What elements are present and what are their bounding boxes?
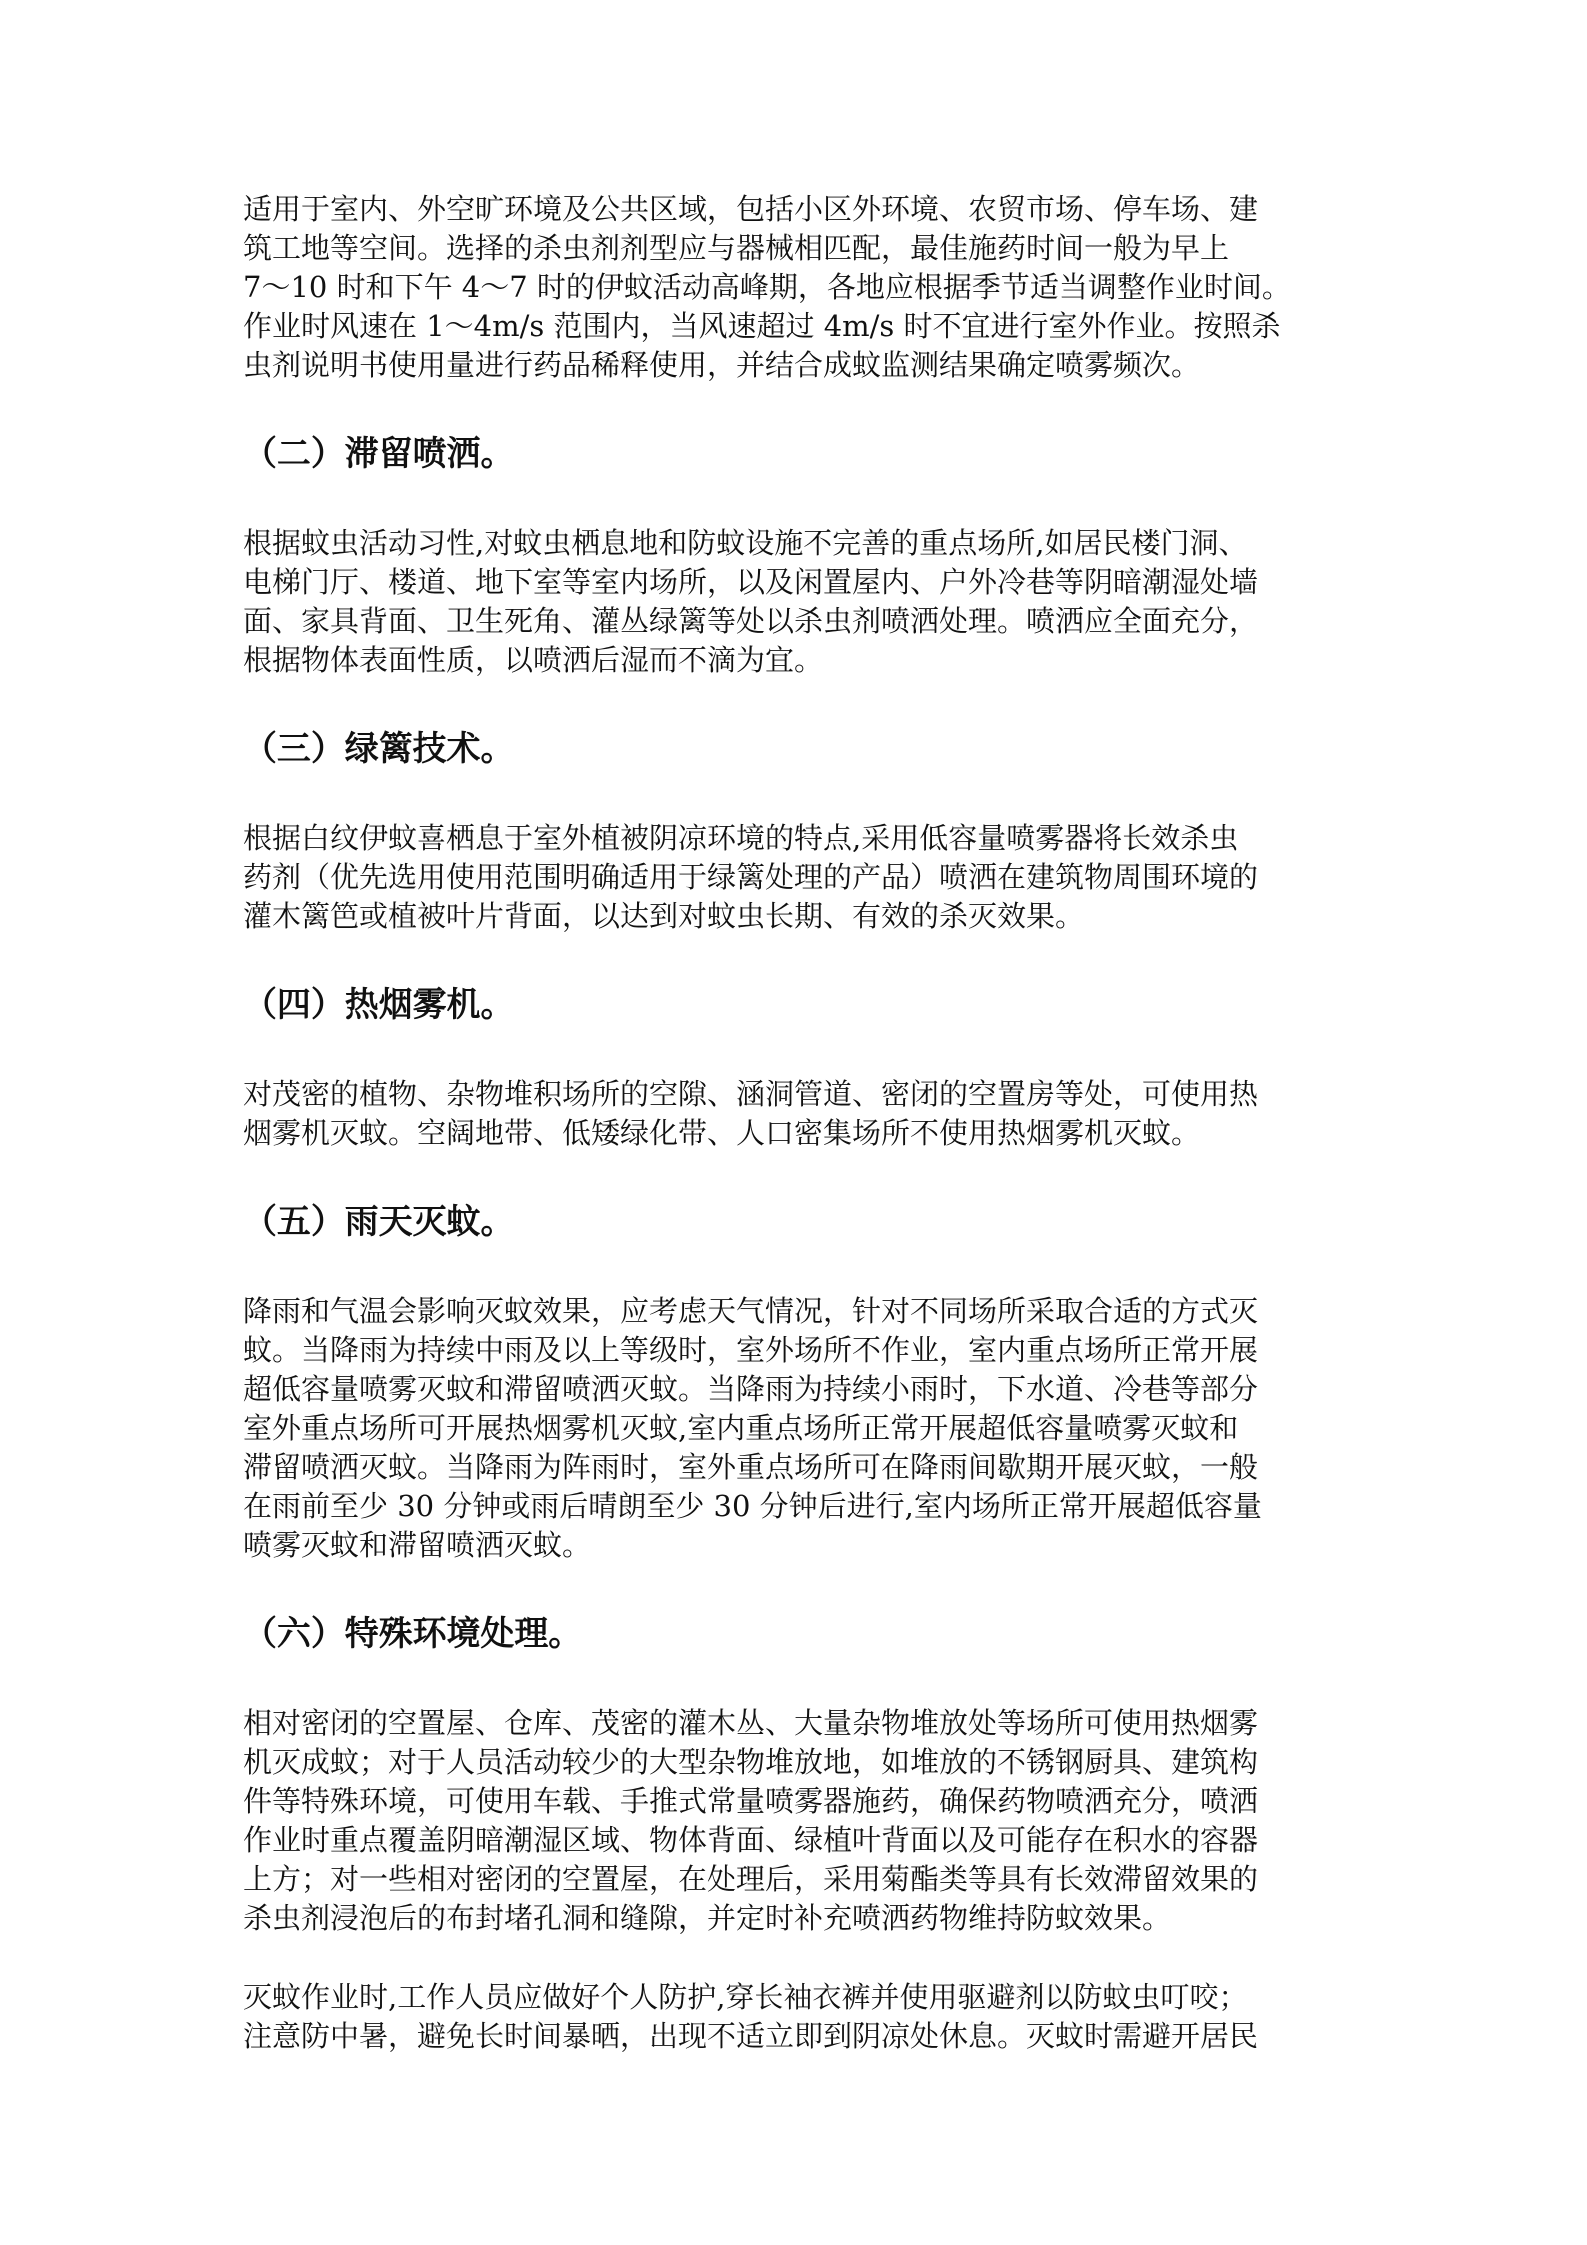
- text-line: 作业时风速在 1～4m/s 范围内，当风速超过 4m/s 时不宜进行室外作业。按…: [243, 307, 1353, 346]
- text-line: 注意防中暑，避免长时间暴晒，出现不适立即到阴凉处休息。灭蚊时需避开居民: [243, 2017, 1353, 2056]
- paragraph-hedge-technique: 根据白纹伊蚊喜栖息于室外植被阴凉环境的特点,采用低容量喷雾器将长效杀虫 药剂（优…: [243, 819, 1353, 936]
- paragraph-residual-spraying: 根据蚊虫活动习性,对蚊虫栖息地和防蚊设施不完善的重点场所,如居民楼门洞、 电梯门…: [243, 524, 1353, 680]
- text-line: 面、家具背面、卫生死角、灌丛绿篱等处以杀虫剂喷洒处理。喷洒应全面充分，: [243, 602, 1353, 641]
- text-line: 相对密闭的空置屋、仓库、茂密的灌木丛、大量杂物堆放处等场所可使用热烟雾: [243, 1704, 1353, 1743]
- text-line: 适用于室内、外空旷环境及公共区域，包括小区外环境、农贸市场、停车场、建: [243, 190, 1353, 229]
- text-line: 根据物体表面性质，以喷洒后湿而不滴为宜。: [243, 641, 1353, 680]
- text-line: 杀虫剂浸泡后的布封堵孔洞和缝隙，并定时补充喷洒药物维持防蚊效果。: [243, 1899, 1353, 1938]
- document-page: 适用于室内、外空旷环境及公共区域，包括小区外环境、农贸市场、停车场、建 筑工地等…: [243, 190, 1353, 2056]
- section-heading-residual-spraying: （二）滞留喷洒。: [243, 435, 1353, 474]
- text-line: 根据蚊虫活动习性,对蚊虫栖息地和防蚊设施不完善的重点场所,如居民楼门洞、: [243, 524, 1353, 563]
- text-line: 作业时重点覆盖阴暗潮湿区域、物体背面、绿植叶背面以及可能存在积水的容器: [243, 1821, 1353, 1860]
- text-line: 喷雾灭蚊和滞留喷洒灭蚊。: [243, 1526, 1353, 1565]
- text-line: 筑工地等空间。选择的杀虫剂剂型应与器械相匹配，最佳施药时间一般为早上: [243, 229, 1353, 268]
- section-heading-special-environment: （六）特殊环境处理。: [243, 1615, 1353, 1654]
- section-heading-hedge-technique: （三）绿篱技术。: [243, 730, 1353, 769]
- text-line: 机灭成蚊；对于人员活动较少的大型杂物堆放地，如堆放的不锈钢厨具、建筑构: [243, 1743, 1353, 1782]
- paragraph-spraying-intro: 适用于室内、外空旷环境及公共区域，包括小区外环境、农贸市场、停车场、建 筑工地等…: [243, 190, 1353, 385]
- text-line: 灭蚊作业时,工作人员应做好个人防护,穿长袖衣裤并使用驱避剂以防蚊虫叮咬；: [243, 1978, 1353, 2017]
- text-line: 7～10 时和下午 4～7 时的伊蚊活动高峰期，各地应根据季节适当调整作业时间。: [243, 268, 1353, 307]
- paragraph-thermal-fogger: 对茂密的植物、杂物堆积场所的空隙、涵洞管道、密闭的空置房等处，可使用热 烟雾机灭…: [243, 1075, 1353, 1153]
- text-line: 上方；对一些相对密闭的空置屋，在处理后，采用菊酯类等具有长效滞留效果的: [243, 1860, 1353, 1899]
- text-line: 滞留喷洒灭蚊。当降雨为阵雨时，室外重点场所可在降雨间歇期开展灭蚊，一般: [243, 1448, 1353, 1487]
- text-line: 件等特殊环境，可使用车载、手推式常量喷雾器施药，确保药物喷洒充分，喷洒: [243, 1782, 1353, 1821]
- section-heading-rainy-day: （五）雨天灭蚊。: [243, 1203, 1353, 1242]
- paragraph-special-environment: 相对密闭的空置屋、仓库、茂密的灌木丛、大量杂物堆放处等场所可使用热烟雾 机灭成蚊…: [243, 1704, 1353, 1938]
- text-line: 电梯门厅、楼道、地下室等室内场所，以及闲置屋内、户外冷巷等阴暗潮湿处墙: [243, 563, 1353, 602]
- paragraph-rainy-day: 降雨和气温会影响灭蚊效果，应考虑天气情况，针对不同场所采取合适的方式灭 蚊。当降…: [243, 1292, 1353, 1565]
- text-line: 虫剂说明书使用量进行药品稀释使用，并结合成蚊监测结果确定喷雾频次。: [243, 346, 1353, 385]
- text-line: 根据白纹伊蚊喜栖息于室外植被阴凉环境的特点,采用低容量喷雾器将长效杀虫: [243, 819, 1353, 858]
- section-heading-thermal-fogger: （四）热烟雾机。: [243, 986, 1353, 1025]
- text-line: 降雨和气温会影响灭蚊效果，应考虑天气情况，针对不同场所采取合适的方式灭: [243, 1292, 1353, 1331]
- paragraph-personal-protection: 灭蚊作业时,工作人员应做好个人防护,穿长袖衣裤并使用驱避剂以防蚊虫叮咬； 注意防…: [243, 1978, 1353, 2056]
- text-line: 蚊。当降雨为持续中雨及以上等级时，室外场所不作业，室内重点场所正常开展: [243, 1331, 1353, 1370]
- text-line: 室外重点场所可开展热烟雾机灭蚊,室内重点场所正常开展超低容量喷雾灭蚊和: [243, 1409, 1353, 1448]
- text-line: 在雨前至少 30 分钟或雨后晴朗至少 30 分钟后进行,室内场所正常开展超低容量: [243, 1487, 1353, 1526]
- text-line: 药剂（优先选用使用范围明确适用于绿篱处理的产品）喷洒在建筑物周围环境的: [243, 858, 1353, 897]
- text-line: 烟雾机灭蚊。空阔地带、低矮绿化带、人口密集场所不使用热烟雾机灭蚊。: [243, 1114, 1353, 1153]
- text-line: 超低容量喷雾灭蚊和滞留喷洒灭蚊。当降雨为持续小雨时，下水道、冷巷等部分: [243, 1370, 1353, 1409]
- text-line: 灌木篱笆或植被叶片背面，以达到对蚊虫长期、有效的杀灭效果。: [243, 897, 1353, 936]
- text-line: 对茂密的植物、杂物堆积场所的空隙、涵洞管道、密闭的空置房等处，可使用热: [243, 1075, 1353, 1114]
